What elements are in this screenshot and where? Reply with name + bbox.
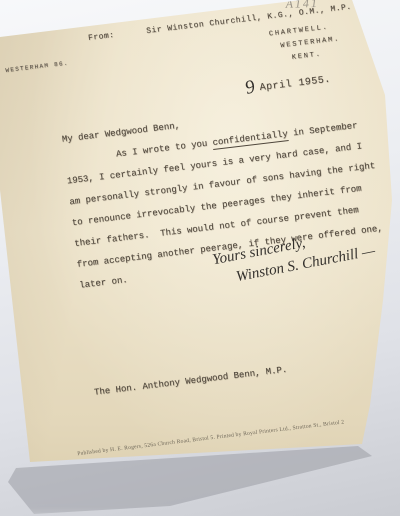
body-text: in September: [287, 121, 358, 139]
from-label: From:: [88, 31, 115, 43]
photograph-of-letter: A141 From: Sir Winston Churchill, K.G., …: [0, 0, 400, 516]
date-month-year: April 1955.: [259, 75, 331, 94]
date-day-handwritten: 9: [243, 76, 258, 100]
recipient-line: The Hon. Anthony Wedgwood Benn, M.P.: [94, 365, 288, 398]
letter-sheet: A141 From: Sir Winston Churchill, K.G., …: [0, 0, 400, 516]
letter-content: A141 From: Sir Winston Churchill, K.G., …: [0, 0, 400, 516]
signature-flourish: —: [360, 243, 376, 261]
letterhead-address: CHARTWELL. WESTERHAM. KENT.: [268, 20, 342, 67]
letter-date: 9 April 1955.: [244, 66, 332, 98]
letterhead-telephone: WESTERHAM 86.: [5, 59, 69, 73]
